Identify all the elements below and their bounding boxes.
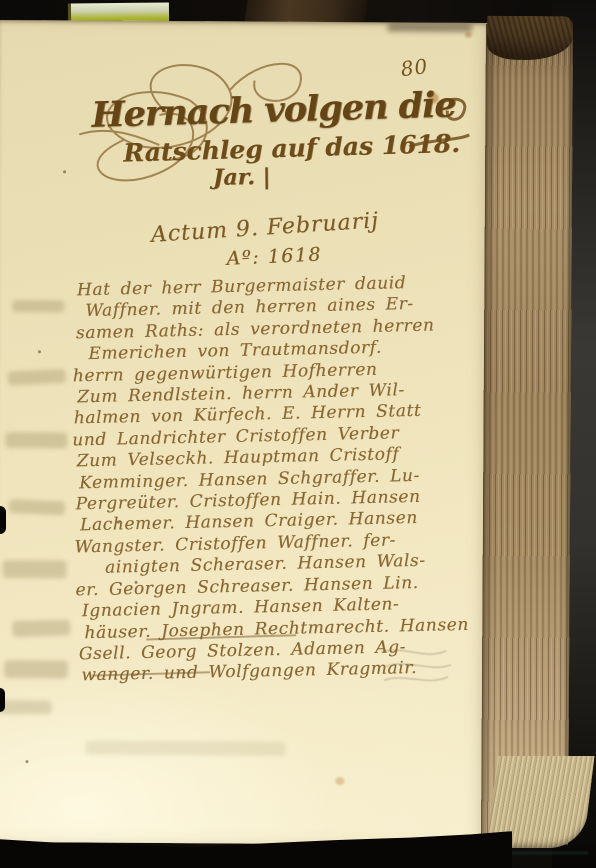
ink-speck <box>63 170 66 173</box>
show-through-text <box>5 432 67 448</box>
show-through-text <box>8 369 67 386</box>
foxing-stain <box>465 32 472 38</box>
show-through-text <box>0 700 52 714</box>
show-through-text <box>4 660 68 678</box>
show-through-text <box>12 300 64 312</box>
manuscript-photo: 80 Hernach volgen die Ratschleg auf das … <box>0 0 596 868</box>
dateline-line-2: Aº: 1618 <box>226 243 322 269</box>
show-through-text <box>9 499 66 515</box>
show-through-text <box>86 741 286 756</box>
heading-line-3: Jar. | <box>213 164 271 191</box>
ink-speck <box>38 350 41 353</box>
show-through-text <box>12 619 70 637</box>
book-fore-edge <box>481 24 573 845</box>
folio-number: 80 <box>399 54 429 81</box>
page-edge-notch <box>0 688 5 712</box>
dateline-line-1: Actum 9. Februarij <box>150 208 380 247</box>
heading-line-1: Hernach volgen die <box>91 84 456 135</box>
ink-smudge <box>376 642 456 690</box>
ink-speck <box>25 760 28 763</box>
manuscript-body: Hat der herr Burgermaister dauidWaffner.… <box>69 272 488 688</box>
book-block-behind <box>244 0 367 22</box>
manuscript-page: 80 Hernach volgen die Ratschleg auf das … <box>0 20 492 845</box>
foxing-stain <box>335 777 344 785</box>
heading-line-2: Ratschleg auf das 1618. <box>123 129 460 168</box>
page-edge-notch <box>0 506 6 534</box>
show-through-text <box>3 560 67 578</box>
page-edge-smudge <box>388 23 472 32</box>
